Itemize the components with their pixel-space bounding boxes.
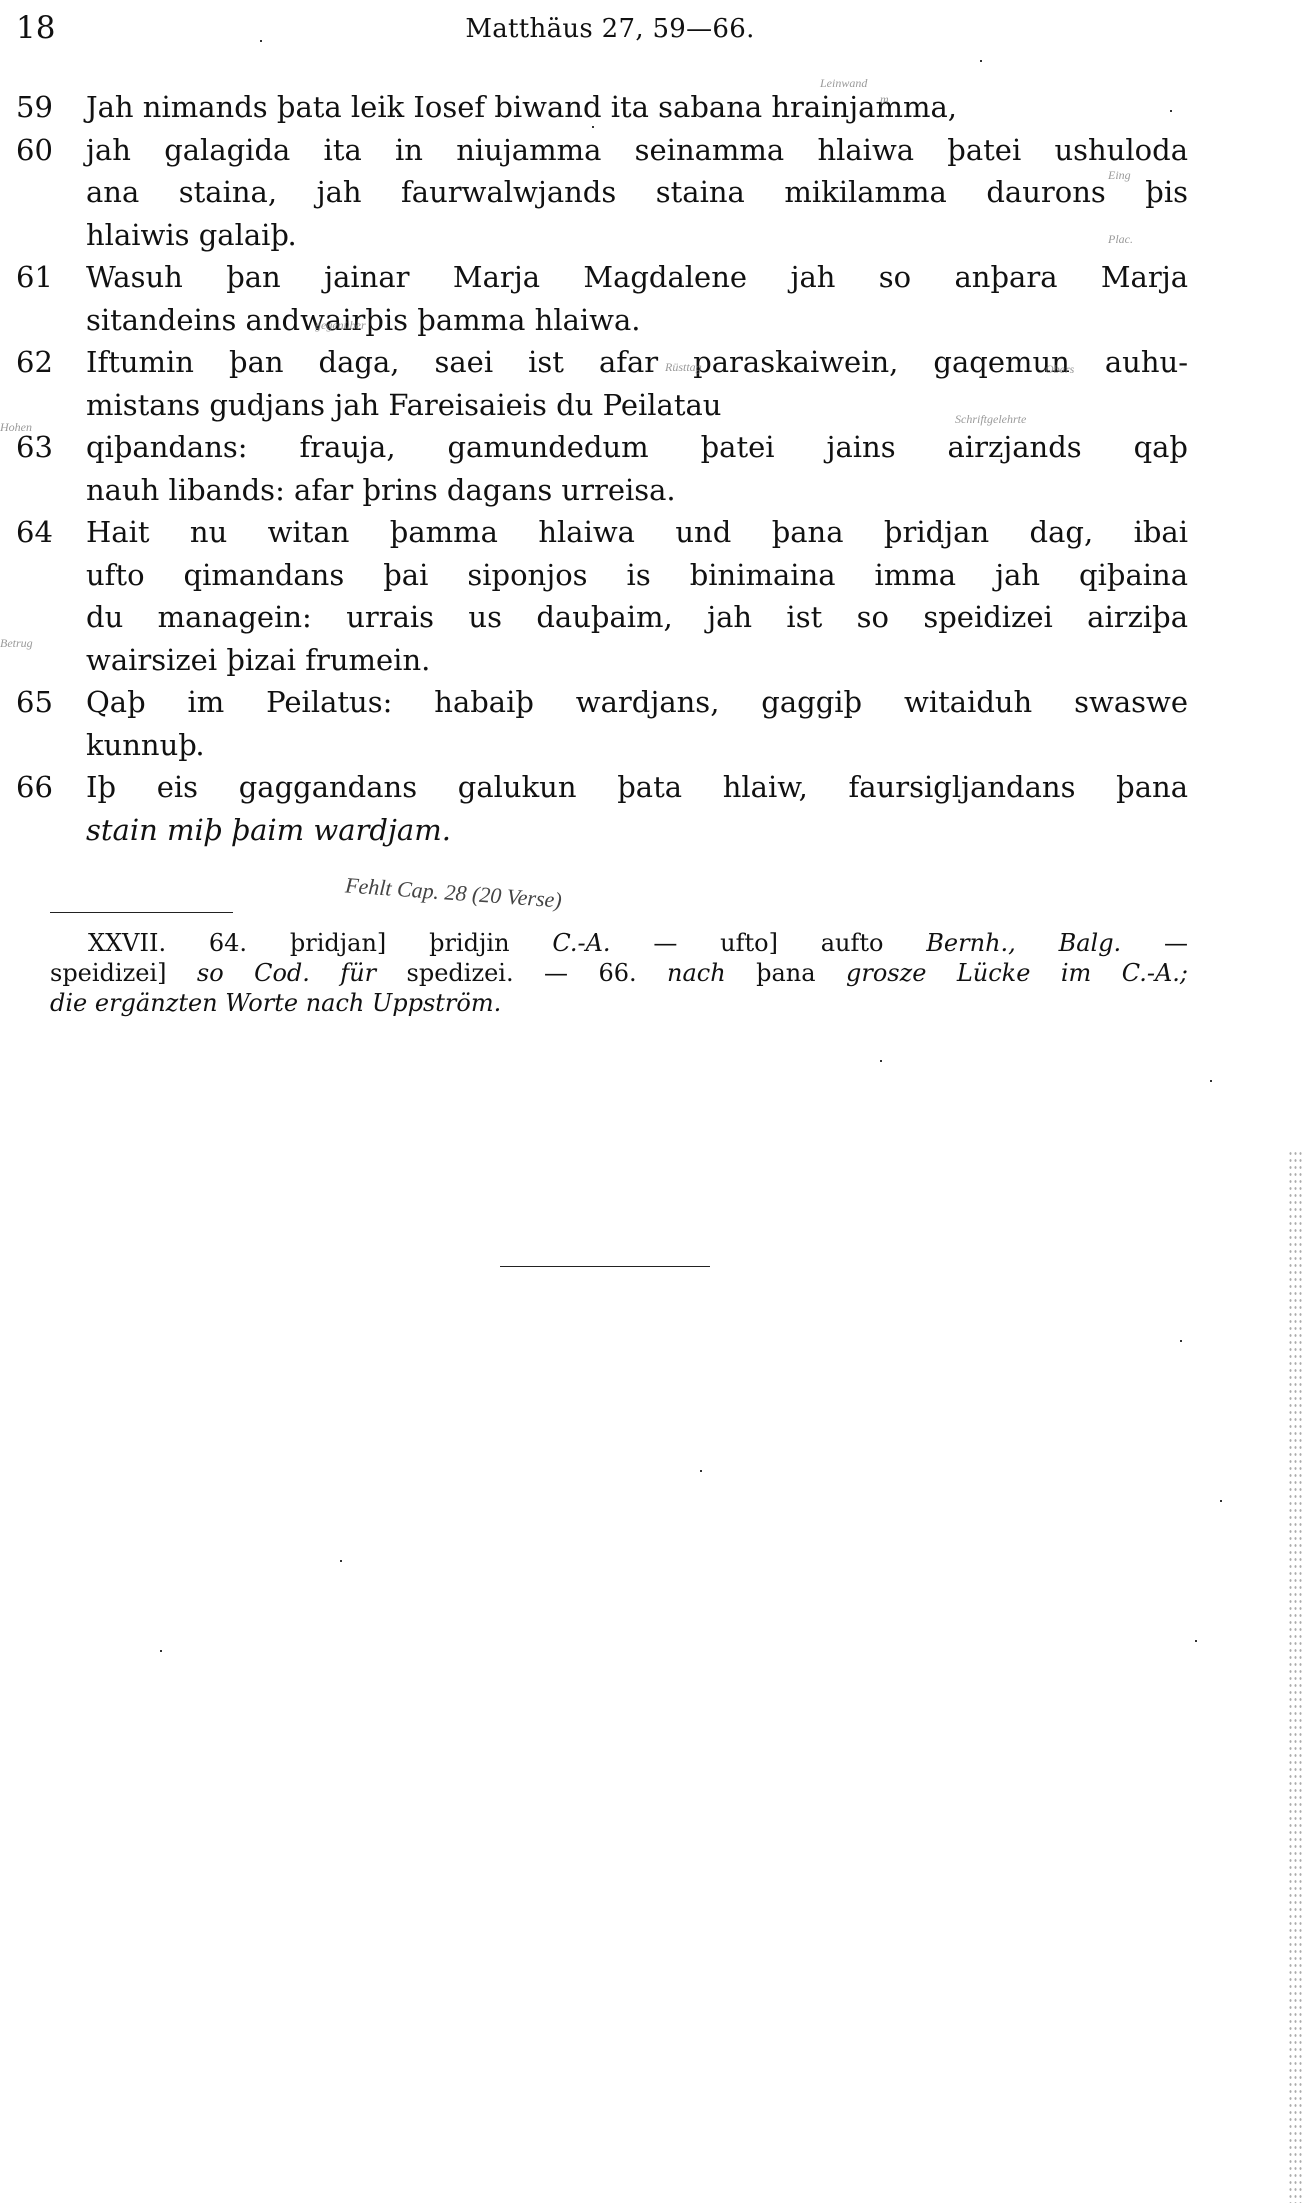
footnotes: XXVII. 64. þridjan] þridjin C.-A. — ufto… <box>50 928 1188 1018</box>
handwritten-annotation: Fehlt Cap. 28 (20 Verse) <box>344 872 562 913</box>
verse-line: 61Wasuh þan jainar Marja Magdalene jah s… <box>0 256 1304 299</box>
scan-speck <box>880 1060 882 1062</box>
scan-speck <box>700 1470 702 1472</box>
verse-text: nauh libands: afar þrins dagans urreisa. <box>86 469 1188 512</box>
verse-number: 62 <box>16 341 80 384</box>
verse-line: kunnuþ. <box>0 724 1304 767</box>
footnote-segment: XXVII. 64. þridjan] þridjin <box>88 929 552 957</box>
verse-line: mistans gudjans jah Fareisaieis du Peila… <box>0 384 1304 427</box>
footnote-segment: — ufto] aufto <box>611 929 927 957</box>
footnote-line: XXVII. 64. þridjan] þridjin C.-A. — ufto… <box>50 928 1188 958</box>
verse-number: 66 <box>16 766 80 809</box>
marginal-note: Plac. <box>1108 232 1133 247</box>
verse-number: 59 <box>16 86 80 129</box>
verse-text: Wasuh þan jainar Marja Magdalene jah so … <box>86 256 1188 299</box>
verse-number: 65 <box>16 681 80 724</box>
verse-line: wairsizei þizai frumein. <box>0 639 1304 682</box>
footnote-segment: speidizei] <box>50 959 197 987</box>
verse-text: Qaþ im Peilatus: habaiþ wardjans, gaggiþ… <box>86 681 1188 724</box>
bottom-rule <box>500 1266 710 1267</box>
footnote-segment: grosze Lücke im C.-A.; <box>846 959 1188 987</box>
verse-line: 64Hait nu witan þamma hlaiwa und þana þr… <box>0 511 1304 554</box>
marginal-note: Obers <box>1045 362 1074 377</box>
verse-text: du managein: urrais us dauþaim, jah ist … <box>86 596 1188 639</box>
verse-block: 59Jah nimands þata leik Iosef biwand ita… <box>0 86 1304 851</box>
footnote-line: speidizei] so Cod. für spedizei. — 66. n… <box>50 958 1188 988</box>
marginal-note: gegenüber <box>315 318 366 333</box>
scan-speck <box>160 1650 162 1652</box>
running-head: Matthäus 27, 59—66. <box>0 14 1262 44</box>
footnote-segment: nach <box>667 959 726 987</box>
footnote-segment: so Cod. für <box>197 959 376 987</box>
scan-speck <box>592 126 594 128</box>
footnote-rule <box>50 912 233 913</box>
footnote-segment: die ergänzten Worte nach Uppström. <box>50 989 501 1017</box>
footnote-segment: Bernh., Balg. <box>926 929 1121 957</box>
verse-text: hlaiwis galaiþ. <box>86 214 1188 257</box>
page-edge-grain <box>1288 1150 1304 2203</box>
verse-text: stain miþ þaim wardjam. <box>86 809 1188 852</box>
verse-line: 63qiþandans: frauja, gamundedum þatei ja… <box>0 426 1304 469</box>
verse-text: jah galagida ita in niujamma seinamma hl… <box>86 129 1188 172</box>
verse-line: 65Qaþ im Peilatus: habaiþ wardjans, gagg… <box>0 681 1304 724</box>
scan-speck <box>260 40 262 42</box>
verse-line: 60jah galagida ita in niujamma seinamma … <box>0 129 1304 172</box>
verse-line: sitandeins andwairþis þamma hlaiwa. <box>0 299 1304 342</box>
verse-number: 61 <box>16 256 80 299</box>
verse-line: 59Jah nimands þata leik Iosef biwand ita… <box>0 86 1304 129</box>
footnote-line: die ergänzten Worte nach Uppström. <box>50 988 1188 1018</box>
verse-line: ufto qimandans þai siponjos is binimaina… <box>0 554 1304 597</box>
verse-line: 62Iftumin þan daga, saei ist afar parask… <box>0 341 1304 384</box>
verse-text: Hait nu witan þamma hlaiwa und þana þrid… <box>86 511 1188 554</box>
verse-text: wairsizei þizai frumein. <box>86 639 1188 682</box>
marginal-note: Rüsttag <box>665 360 702 375</box>
scan-speck <box>1220 1500 1222 1502</box>
marginal-note: Leinwand <box>820 76 867 91</box>
verse-line: stain miþ þaim wardjam. <box>0 809 1304 852</box>
footnote-segment: spedizei. — 66. <box>376 959 667 987</box>
verse-line: nauh libands: afar þrins dagans urreisa. <box>0 469 1304 512</box>
scan-speck <box>980 60 982 62</box>
footnote-segment: C.-A. <box>552 929 610 957</box>
verse-number: 60 <box>16 129 80 172</box>
verse-line: 66Iþ eis gaggandans galukun þata hlaiw, … <box>0 766 1304 809</box>
scan-speck <box>1195 1640 1197 1642</box>
verse-text: Iþ eis gaggandans galukun þata hlaiw, fa… <box>86 766 1188 809</box>
marginal-note: Schriftgelehrte <box>955 412 1026 427</box>
verse-text: Iftumin þan daga, saei ist afar paraskai… <box>86 341 1188 384</box>
verse-text: Jah nimands þata leik Iosef biwand ita s… <box>86 86 1188 129</box>
verse-text: ana staina, jah faurwalwjands staina mik… <box>86 171 1188 214</box>
verse-text: qiþandans: frauja, gamundedum þatei jain… <box>86 426 1188 469</box>
verse-text: sitandeins andwairþis þamma hlaiwa. <box>86 299 1188 342</box>
verse-line: du managein: urrais us dauþaim, jah ist … <box>0 596 1304 639</box>
verse-text: ufto qimandans þai siponjos is binimaina… <box>86 554 1188 597</box>
verse-text: kunnuþ. <box>86 724 1188 767</box>
marginal-note: Hohen <box>0 420 32 435</box>
footnote-segment: þana <box>726 959 846 987</box>
scan-speck <box>1210 1080 1212 1082</box>
marginal-note: Eing <box>1108 168 1131 183</box>
scan-speck <box>1170 110 1172 112</box>
scan-speck <box>340 1560 342 1562</box>
footnote-segment: — <box>1121 929 1188 957</box>
verse-number: 64 <box>16 511 80 554</box>
marginal-note: m <box>880 92 889 107</box>
scan-speck <box>1180 1340 1182 1342</box>
marginal-note: Betrug <box>0 636 33 651</box>
